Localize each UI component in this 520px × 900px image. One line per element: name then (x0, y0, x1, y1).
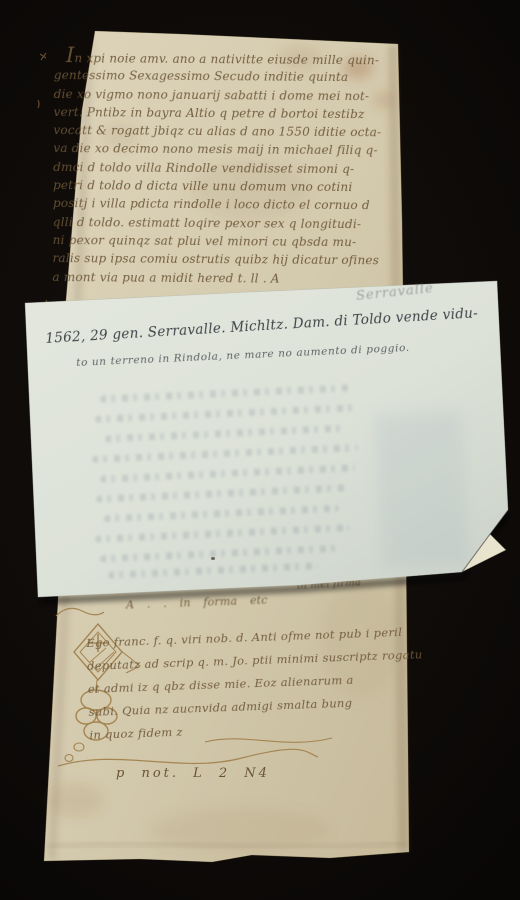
note-blue-sheen (374, 410, 470, 569)
ink-speck (211, 557, 215, 560)
archival-photograph: In xpi noie amv. ano a nativitte eiusde … (0, 0, 520, 900)
